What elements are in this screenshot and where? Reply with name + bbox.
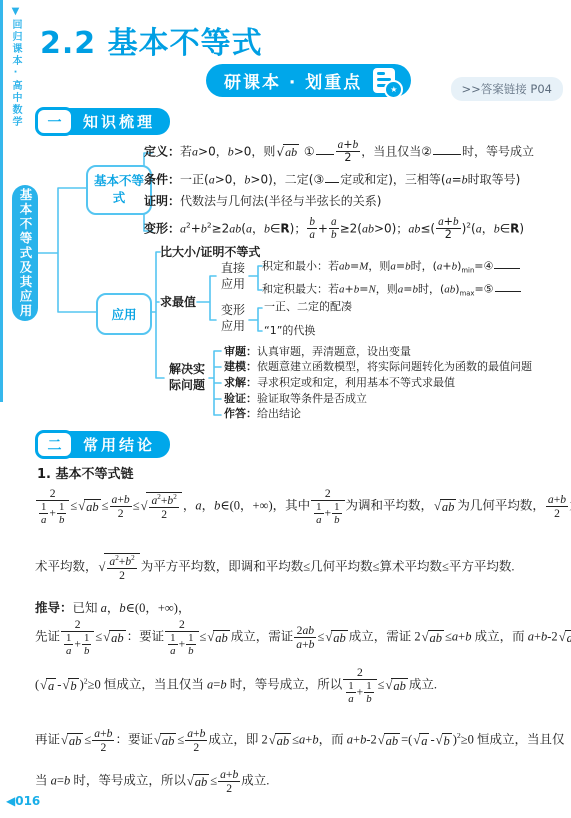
textbook-page: ▼回归课本·高中数学 2.2 基本不等式 研课本 · 划重点 ★ >>答案链接 … — [0, 0, 571, 818]
leaf-answer: 作答：给出结论 — [224, 407, 301, 420]
answer-link-badge: >>答案链接 P04 — [451, 77, 564, 101]
page-title: 2.2 基本不等式 — [40, 18, 263, 62]
math-line-chain: 21a+1b≤√ab≤a+b2≤√a2+b22，a，b∈(0，+∞)，其中21a… — [35, 487, 571, 526]
math-line-derive: 推导：已知 a，b∈(0，+∞)， — [35, 598, 190, 616]
leaf-solve: 求解：寻求积定或和定，利用基本不等式求最值 — [224, 376, 455, 389]
star-icon: ★ — [384, 80, 403, 99]
label-real-problems: 解决实际问题 — [166, 362, 208, 393]
math-line-prove1b: (√a-√b)2≥0 恒成立，当且仅当 a=b 时，等号成立，所以21a+1b≤… — [35, 666, 437, 705]
row-transform: 变形：a2+b2≥2ab(a，b∈R)；ba+ab≥2(ab>0)；ab≤(a+… — [144, 216, 524, 242]
math-line-qm: 术平均数，√a2+b22为平方平均数，即调和平均数≤几何平均数≤算术平均数≤平方… — [35, 553, 514, 582]
label-direct-apply: 直接应用 — [219, 261, 247, 292]
row-condition: 条件：一正(a>0，b>0)，二定(③定或和定)，三相等(a=b时取等号) — [144, 171, 520, 187]
row-compare: 比大小/证明不等式 — [160, 245, 260, 259]
section-banner: 研课本 · 划重点 ★ — [206, 64, 411, 97]
section-number: 一 — [35, 107, 74, 136]
banner-label: 研课本 · 划重点 — [224, 68, 362, 93]
section-title: 常用结论 — [63, 431, 170, 458]
row-proof: 证明：代数法与几何法(半径与半弦长的关系) — [144, 194, 381, 208]
mindmap-node-basic-inequality: 基本不等式 — [86, 165, 152, 215]
spine-vertical-text: ▼回归课本·高中数学 — [8, 6, 23, 128]
label-find-extremum: 求最值 — [160, 295, 196, 311]
mindmap-root-node: 基本不等式及其应用 — [12, 185, 38, 321]
page-number: ◀016 — [6, 794, 40, 808]
section-header-conclusions: 二 常用结论 — [35, 431, 170, 458]
leaf-sum-fixed: 和定积最大：若a+b=N，则a=b时，(ab)max=⑤ — [262, 281, 522, 298]
section-title: 知识梳理 — [63, 108, 170, 135]
document-star-icon: ★ — [373, 68, 395, 93]
math-line-prove1: 先证21a+1b≤√ab：要证21a+1b≤√ab成立，需证2aba+b≤√ab… — [35, 618, 571, 657]
label-transform-apply: 变形应用 — [219, 303, 247, 334]
leaf-one-substitute: “1”的代换 — [264, 324, 315, 337]
leaf-read-problem: 审题：认真审题，弄清题意，设出变量 — [224, 345, 411, 358]
math-line-prove2b: 当 a=b 时，等号成立，所以√ab≤a+b2成立. — [35, 768, 269, 795]
conclusion-heading: 1. 基本不等式链 — [37, 463, 134, 482]
knowledge-mindmap: 基本不等式及其应用 基本不等式 应用 定义：若a>0，b>0，则√ab ①a+b… — [0, 138, 571, 430]
leaf-product-fixed: 积定和最小：若ab=M，则a=b时，(a+b)min=④ — [262, 258, 521, 275]
section-number: 二 — [35, 430, 74, 459]
row-definition: 定义：若a>0，b>0，则√ab ①a+b2，当且仅当②时，等号成立 — [144, 139, 534, 165]
leaf-verify: 验证：验证取等条件是否成立 — [224, 392, 367, 405]
leaf-build-model: 建模：依题意建立函数模型，将实际问题转化为函数的最值问题 — [224, 360, 532, 373]
math-line-prove2: 再证√ab≤a+b2：要证√ab≤a+b2成立，即 2√ab≤a+b，而 a+b… — [35, 727, 565, 754]
section-header-knowledge: 一 知识梳理 — [35, 108, 170, 135]
leaf-peicou: 一正、二定的配凑 — [264, 300, 352, 313]
mindmap-node-application: 应用 — [96, 293, 152, 335]
